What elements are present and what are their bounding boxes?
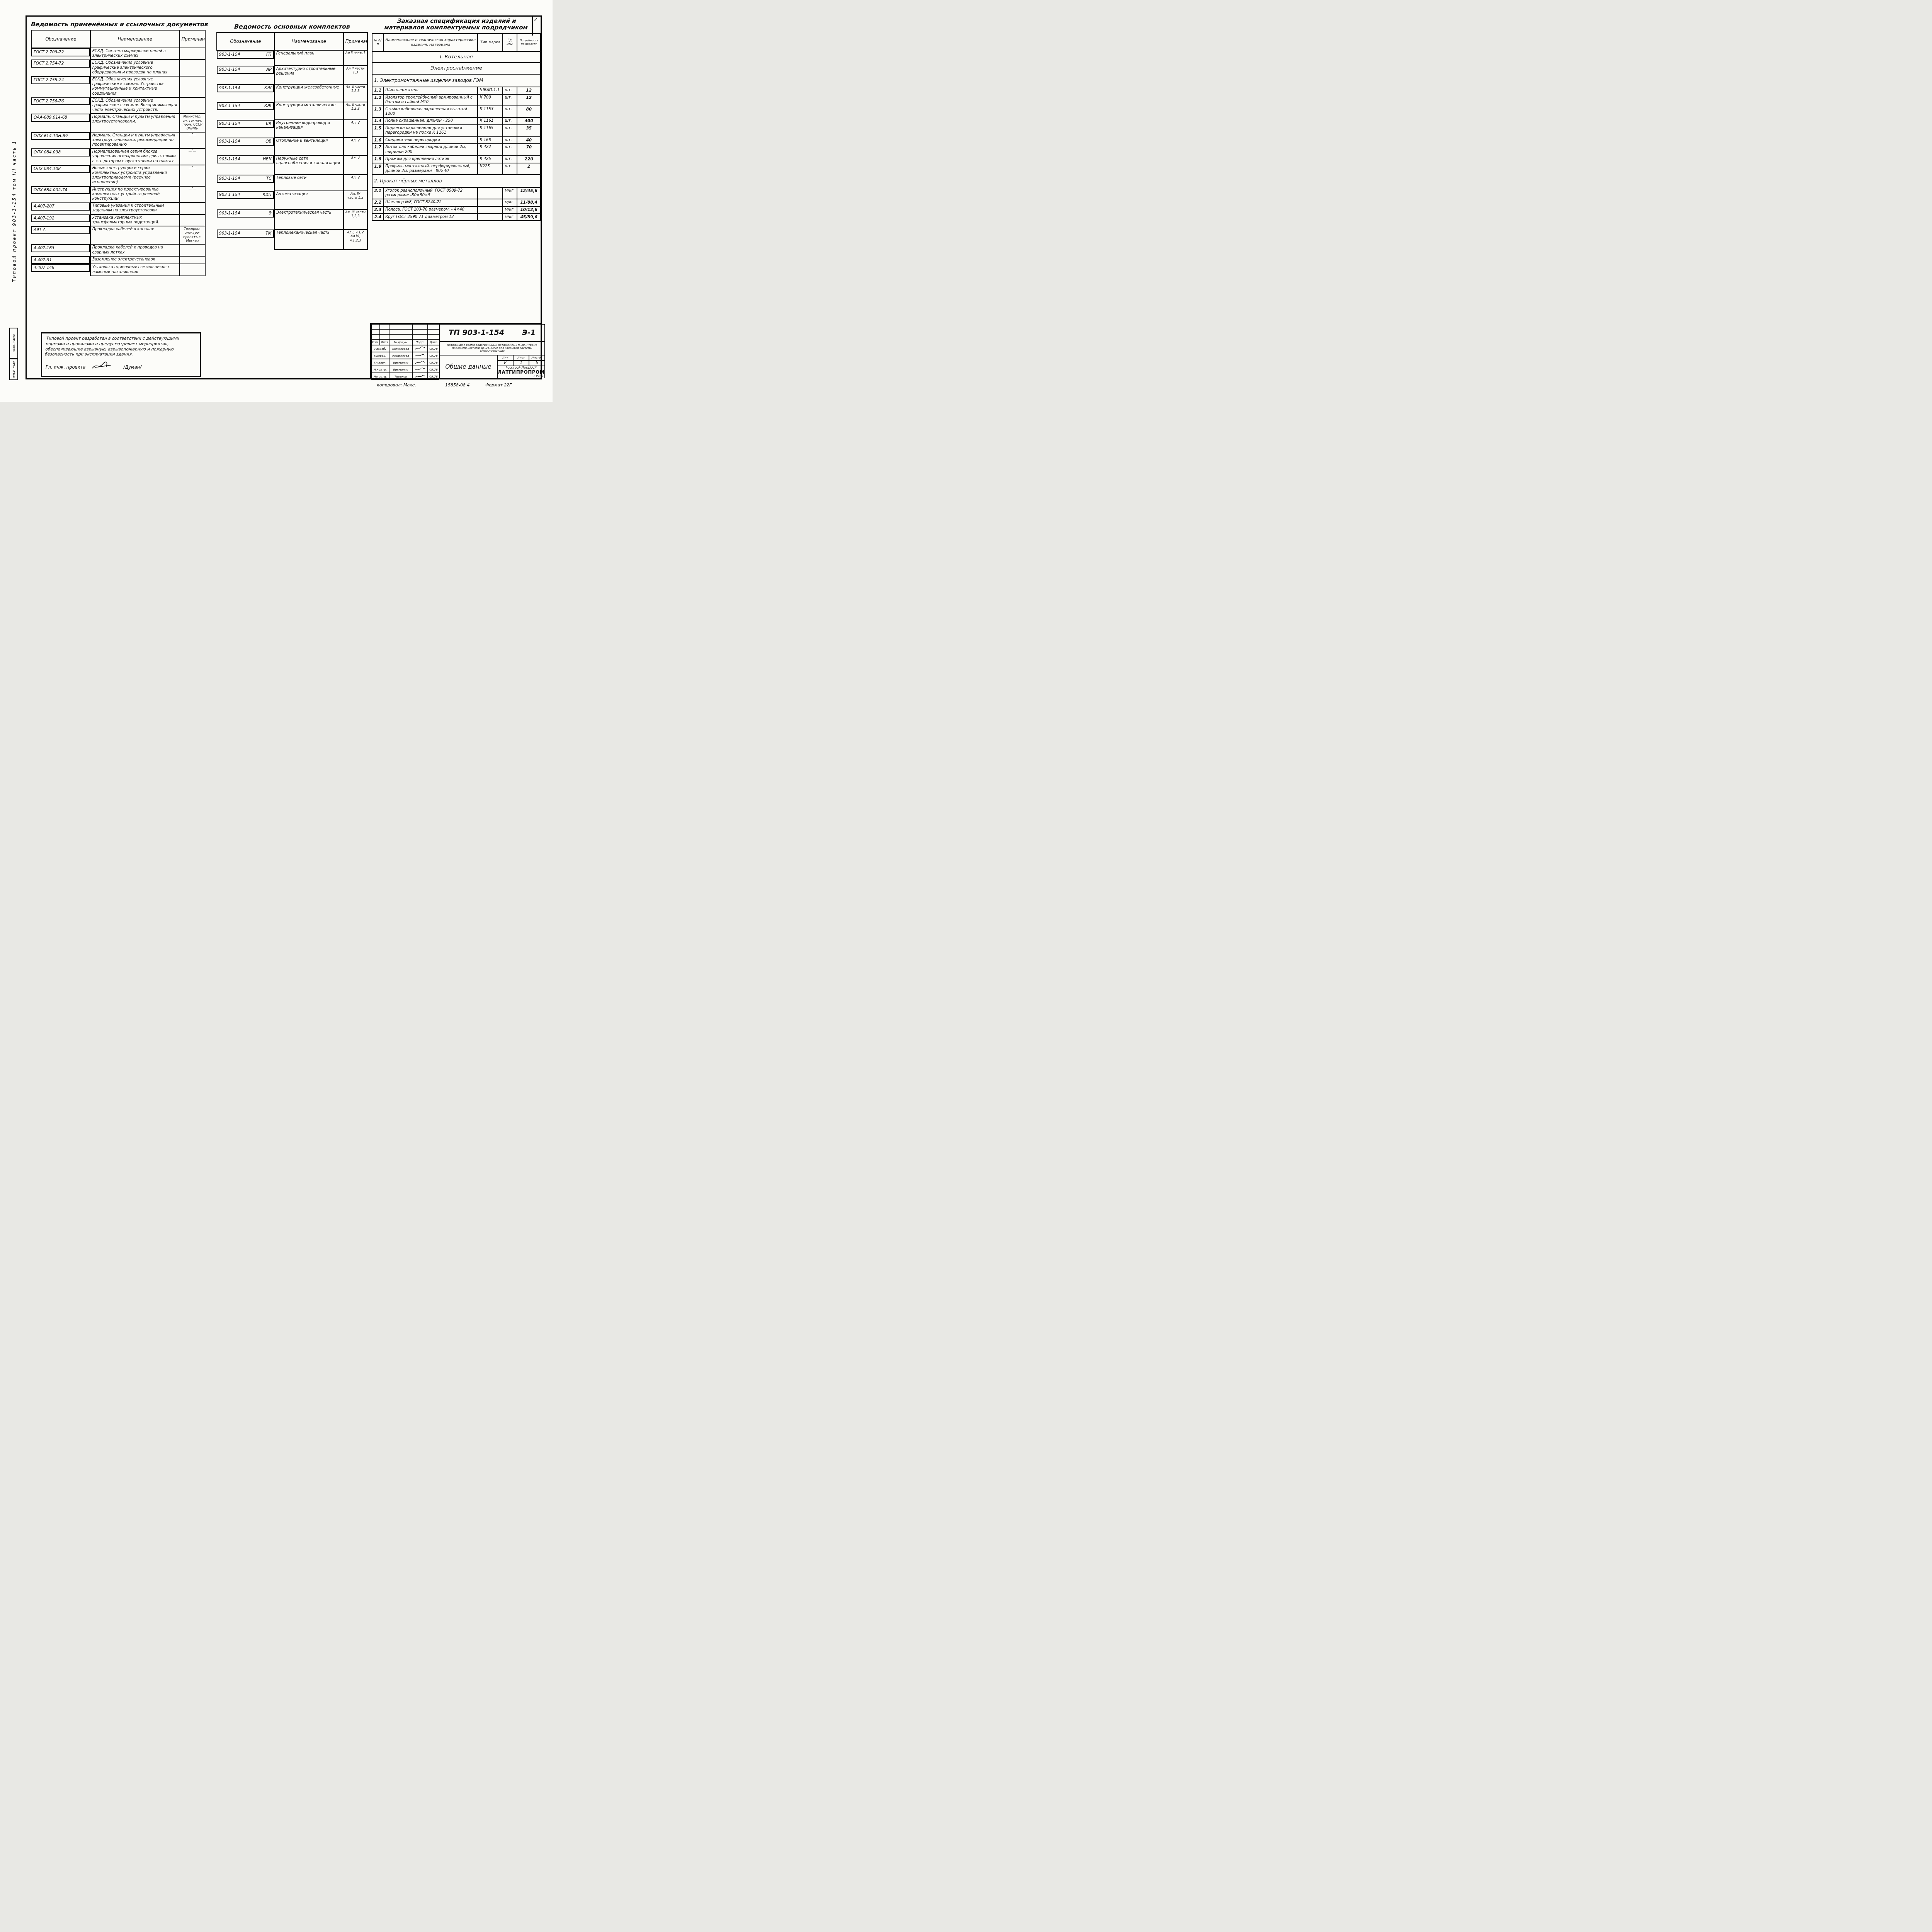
spec-table-title: Заказная спецификация изделий и материал…	[371, 18, 542, 31]
sets-header-row: Обозначение Наименование Примечан.	[217, 32, 367, 50]
title-block: Изм. Лист № докум Подп. Дата Разраб. Ерм…	[370, 323, 542, 379]
sets-table: Обозначение Наименование Примечан. 903-1…	[216, 32, 368, 250]
table-row: 1.9Профиль монтажный, перфорированный, д…	[372, 163, 541, 175]
note-box: Типовой проект разработан в соответствии…	[41, 332, 201, 377]
format-label: Формат 22Г	[485, 383, 512, 388]
project-subtitle: Котельная с тремя водогрейными котлами К…	[439, 342, 545, 355]
copied-by: копировал: Маке.	[377, 383, 416, 388]
person-row: Провер. Кириллова 09.78	[371, 352, 439, 359]
signature-mark	[412, 373, 428, 380]
table-row: ОЛХ.614.10Н-69Нормаль. Станции и пульты …	[31, 132, 205, 149]
doc-number-cell: ТП 903-1-154 Э-1	[439, 324, 545, 342]
spec-table-block: Заказная спецификация изделий и материал…	[372, 18, 541, 221]
table-row: 1.8Прижим для крепления лотковК 425шт.22…	[372, 156, 541, 163]
table-row: 1.3Стойка кабельная окрашенная высотой 1…	[372, 106, 541, 117]
sets-table-title: Ведомость основных комплектов	[216, 23, 368, 30]
table-row: 903-1-154АРАрхитектурно-строительные реш…	[217, 66, 367, 84]
table-row: 4.407-207Типовые указания к строительным…	[31, 202, 205, 214]
signature-mark	[412, 352, 428, 359]
table-row: ГОСТ 2.754-72ЕСКД. Обозначения условные …	[31, 60, 205, 76]
table-row: 1.7Лоток для кабелей сварной длиной 2м, …	[372, 144, 541, 155]
table-row: 903-1-154КЖКонструкции железобетонныеАл.…	[217, 84, 367, 102]
table-row: 903-1-154ТСТепловые сетиАл. V	[217, 175, 367, 191]
spec-group-row: 1. Электромонтажные изделия заводов ГЭМ	[372, 74, 541, 87]
note-text: Типовой проект разработан в соответствии…	[45, 336, 197, 357]
sets-table-block: Ведомость основных комплектов Обозначени…	[216, 23, 368, 250]
table-row: ГОСТ 2.755-74ЕСКД. Обозначения условные …	[31, 76, 205, 97]
table-row: 903-1-154КИПАвтоматизацияАл. IV части 1,…	[217, 191, 367, 209]
table-row: ГОСТ 2.709-72ЕСКД. Система маркировки це…	[31, 48, 205, 60]
doc-number: ТП 903-1-154	[449, 328, 504, 337]
sign-label: Гл. инж. проекта	[46, 364, 85, 370]
person-row: Нач.отд. Терехов 09.78	[371, 373, 439, 380]
docs-header-row: Обозначение Наименование Примечан.	[31, 30, 205, 48]
drawing-sheet: ✓ Типовой проект 903-1-154 том III часть…	[0, 0, 553, 402]
table-row: 4.407-31Заземление электро­установок	[31, 256, 205, 264]
spec-header-row: № п/п Наименование и техническая характе…	[372, 34, 541, 51]
person-row: Гл.элек. Викманис 09.78	[371, 359, 439, 366]
order-number: 15858-08 4	[445, 383, 469, 388]
table-row: 903-1-154КЖКонструкции металлическиеАл. …	[217, 102, 367, 120]
spec-group-row: 2. Прокат чёрных металлов	[372, 175, 541, 187]
table-row: 1.1ШинодержательШБАП-1-1шт.12	[372, 87, 541, 94]
spec-table: № п/п Наименование и техническая характе…	[372, 33, 541, 221]
table-row: 903-1-154ТМТепломеханическая частьАл.I, …	[217, 230, 367, 250]
person-row: Н.контр. Викманис 09.78	[371, 366, 439, 373]
signature-mark	[412, 359, 428, 366]
docs-table: Обозначение Наименование Примечан. ГОСТ …	[31, 30, 206, 276]
table-row: 1.6Соединитель перегородкиК 168шт.40	[372, 137, 541, 144]
change-header-row: Изм. Лист № докум Подп. Дата	[371, 339, 439, 345]
signature-mark	[412, 366, 428, 373]
table-row: ОЛХ.684.002-74Инструкция по проектирован…	[31, 186, 205, 203]
title-block-right: ТП 903-1-154 Э-1 Котельная с тремя водог…	[439, 324, 545, 378]
side-rotated-label: Типовой проект 903-1-154 том III часть 1	[12, 112, 17, 282]
table-row: 2.1Уголок равнополочный, ГОСТ 8509-72, р…	[372, 187, 541, 199]
table-row: 4.407-163Прокладка кабелей и проводов на…	[31, 244, 205, 256]
table-row: 2.3Полоса, ГОСТ 103-76 размером: - 4×40м…	[372, 206, 541, 214]
organization-cell: Госстрой Латв.ССР ЛАТГИПРОПРОМ г.Рига	[497, 366, 545, 378]
table-row: 903-1-154ЭЭлектротехническая частьАл. II…	[217, 209, 367, 230]
docs-col-code: Обозначение	[31, 30, 90, 48]
sheet-code: Э-1	[522, 328, 536, 337]
table-row: 1.5Подвеска окрашенная для установки пер…	[372, 125, 541, 136]
spec-section-row: I. Котельная	[372, 51, 541, 63]
table-row: 903-1-154НВКНаружные сети водоснабжения …	[217, 155, 367, 175]
lit-list-table: Лит Лист Листов Р 1 5	[497, 355, 545, 366]
table-row: ГОСТ 2.756-76ЕСКД. Обозначения условные …	[31, 97, 205, 114]
table-row: ОЛХ.084.098Нормализованная серия блоков …	[31, 148, 205, 165]
docs-table-block: Ведомость применённых и ссылочных докуме…	[31, 21, 206, 276]
docs-table-title: Ведомость применённых и ссылочных докуме…	[31, 21, 206, 28]
stamp-podp-i-data: Подп. и дата	[9, 328, 18, 359]
table-row: 903-1-154ОВОтопление и вентиляцияАл. V	[217, 138, 367, 155]
table-row: 4.407-192Установка комплектных трансформ…	[31, 214, 205, 226]
table-row: А91.АПрокладка кабелей в каналахТяжпром-…	[31, 226, 205, 244]
title-block-left: Изм. Лист № докум Подп. Дата Разраб. Ерм…	[371, 324, 439, 378]
table-row: 903-1-154ВКВнутренние водопровод и канал…	[217, 120, 367, 138]
table-row: ОАА-689.014-68Нормаль. Станций и пульты …	[31, 114, 205, 132]
table-row: 4.407-149Установка одиночных светильнико…	[31, 264, 205, 276]
spec-section-row: Электроснабжение	[372, 63, 541, 74]
table-row: 1.2Изолятор троллейбусный армированный с…	[372, 94, 541, 106]
table-row: 2.4Круг ГОСТ 2590-71 диаметром 12м/кг45/…	[372, 214, 541, 221]
table-row: 2.2Швеллер №8, ГОСТ 8240-72м/кг11/88,4	[372, 199, 541, 206]
chief-engineer-signature-icon	[91, 361, 118, 370]
table-row: 1.4Полка окрашенная, длиной - 250К 1161ш…	[372, 117, 541, 125]
drawing-title: Общие данные	[439, 355, 497, 378]
sign-name: /Думан/	[123, 364, 141, 370]
table-row: ОЛХ.084.108Новые конструкции и серии ком…	[31, 165, 205, 186]
person-row: Разраб. Ермолаева 09.78	[371, 345, 439, 352]
signature-mark	[412, 345, 428, 352]
docs-col-name: Наименование	[90, 30, 180, 48]
docs-col-note: Примечан.	[180, 30, 205, 48]
stamp-inv-no: Инв.№ подл.	[9, 359, 18, 380]
table-row: 903-1-154ГПГенеральный планАл.II часть1	[217, 50, 367, 66]
